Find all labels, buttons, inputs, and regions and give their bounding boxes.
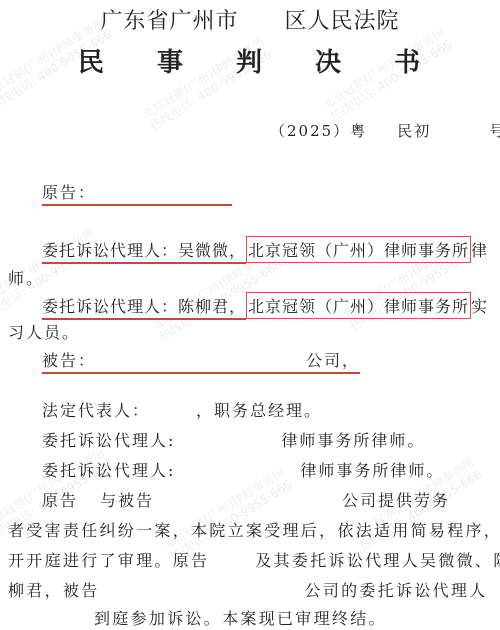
defendant-agent-1: 委托诉讼代理人:律师事务所律师。 [42,428,425,451]
judgment-document: 北京冠领(广州)律师事务所热线电话: 400-9955-666 北京冠领(广州)… [0,0,500,630]
defendant-agent-2: 委托诉讼代理人:律师事务所律师。 [42,458,444,481]
body-paragraph: 原告与被告公司提供劳务 [42,488,450,511]
plaintiff-line: 原告： [42,180,232,206]
court-name: 广东省广州市区人民法院 [0,4,500,35]
legal-representative: 法定代表人：，职务总经理。 [42,398,322,421]
case-number: （2025）粤民初号 [270,120,500,141]
law-firm-highlight: 北京冠领（广州）律师事务所 [246,292,471,319]
plaintiff-agent-2: 委托诉讼代理人：陈柳君，北京冠领（广州）律师事务所实 [42,292,488,320]
document-title: 民 事 判 决 书 [0,42,500,79]
defendant-line: 被告：公司， [42,348,360,374]
plaintiff-agent-1: 委托诉讼代理人：吴微微，北京冠领（广州）律师事务所律 [42,236,488,264]
law-firm-highlight: 北京冠领（广州）律师事务所 [246,236,471,263]
